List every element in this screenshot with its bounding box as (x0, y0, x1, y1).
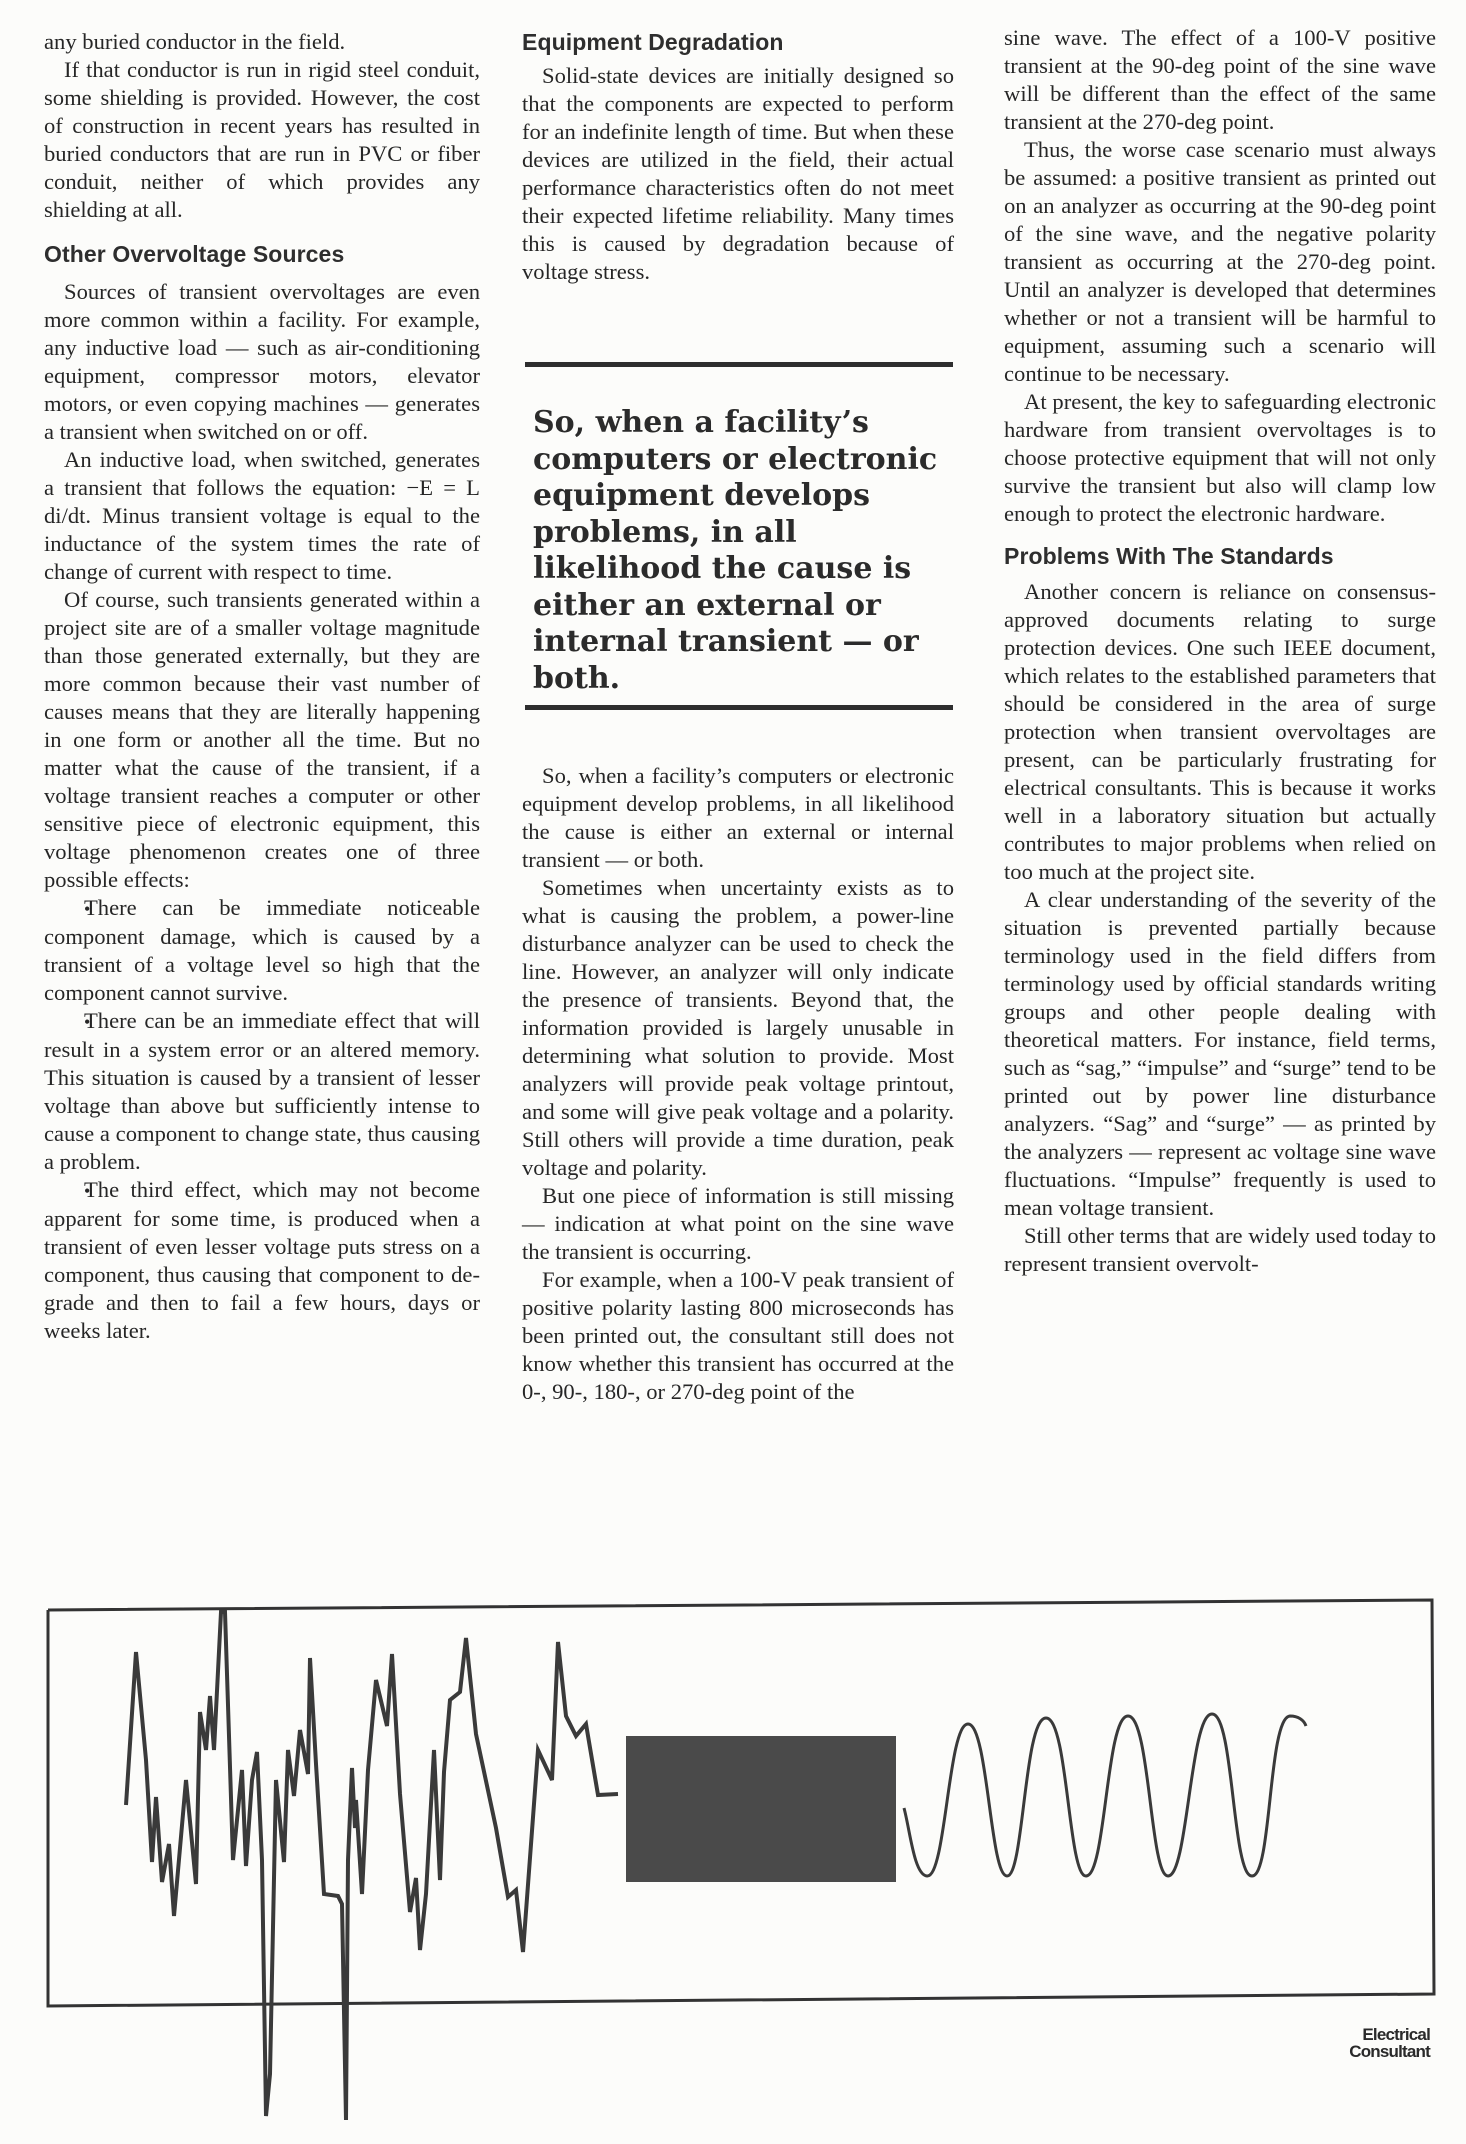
pull-quote: So, when a facility’s computers or elect… (533, 405, 953, 697)
bullet-icon: • (64, 1177, 84, 1205)
column-2: Equipment Degradation Solid-state device… (522, 28, 954, 286)
section-heading-problems-with-the-standards: Problems With The Standards (1004, 542, 1436, 570)
waveform-illustration (0, 1560, 1466, 2144)
protection-block (626, 1736, 896, 1882)
paragraph: A clear understanding of the severi­ty o… (1004, 886, 1436, 1222)
bullet-item: •The third effect, which may not become … (44, 1176, 480, 1345)
paragraph: If that conductor is run in rigid steel … (44, 56, 480, 224)
column-2-continued: So, when a facility’s computers or elect… (522, 762, 954, 1406)
paragraph: But one piece of information is still mi… (522, 1182, 954, 1266)
paragraph: Sometimes when uncertainty exists as to … (522, 874, 954, 1182)
paragraph: Thus, the worse case scenario must alway… (1004, 136, 1436, 388)
bullet-item: •There can be an immediate effect that w… (44, 1007, 480, 1176)
paragraph: Of course, such transients generated wit… (44, 586, 480, 894)
paragraph: An inductive load, when switched, genera… (44, 446, 480, 586)
transient-waveform-figure (0, 1560, 1466, 2144)
paragraph: Sources of transient overvoltages are ev… (44, 278, 480, 446)
section-heading-other-overvoltage-sources: Other Overvoltage Sources (44, 240, 480, 268)
paragraph: Still other terms that are widely used t… (1004, 1222, 1436, 1278)
paragraph: sine wave. The effect of a 100-V posi­ti… (1004, 24, 1436, 136)
paragraph: Another concern is reliance on con­sensu… (1004, 578, 1436, 886)
bullet-icon: • (64, 895, 84, 923)
paragraph: For example, when a 100-V peak transient… (522, 1266, 954, 1406)
column-1: any buried conductor in the field. If th… (44, 28, 480, 1345)
pull-quote-bottom-rule (525, 705, 953, 710)
paragraph: Solid-state devices are initially de­sig… (522, 62, 954, 286)
publication-credit-logo: Electrical Consultant (1300, 2026, 1430, 2060)
section-heading-equipment-degradation: Equipment Degradation (522, 28, 954, 56)
transient-waveform-line (126, 1612, 618, 2120)
pull-quote-top-rule (525, 362, 953, 367)
paragraph: any buried conductor in the field. (44, 28, 480, 56)
paragraph: At present, the key to safeguarding elec… (1004, 388, 1436, 528)
paragraph: So, when a facility’s computers or elect… (522, 762, 954, 874)
column-3: sine wave. The effect of a 100-V posi­ti… (1004, 24, 1436, 1278)
bullet-item: •There can be immediate noticeable compo… (44, 894, 480, 1007)
bullet-icon: • (64, 1008, 84, 1036)
sine-output-line (904, 1714, 1306, 1876)
